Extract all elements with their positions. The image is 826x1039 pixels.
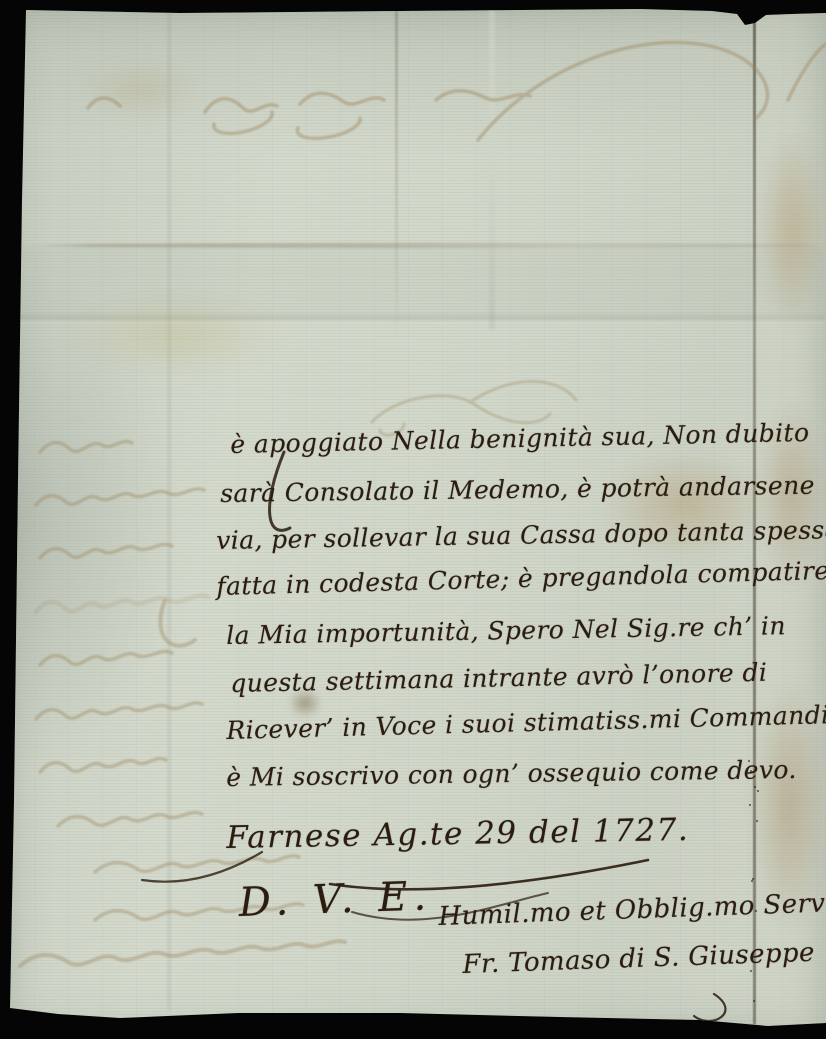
fold-crease-vertical-left (167, 10, 171, 1010)
letter-paper: è apoggiato Nella benignità sua, Non dub… (0, 0, 826, 1039)
ink-stain (758, 130, 826, 330)
letter-line-6: questa settimana intrante avrò l’onore d… (230, 658, 768, 698)
letter-line-5: la Mia importunità, Spero Nel Sig.re ch’… (226, 611, 786, 650)
dateline: Farnese Ag.te 29 del 1727. (226, 812, 689, 856)
fold-crease-horizontal-lower (10, 313, 826, 325)
letter-line-2: sarà Consolato il Medemo, è potrà andars… (220, 471, 815, 508)
letter-line-7: Ricever’ in Voce i suoi stimatiss.mi Com… (226, 700, 826, 745)
letter-line-4: fatta in codesta Corte; è pregandola com… (216, 556, 826, 601)
letter-line-8: è Mi soscrivo con ogn’ ossequio come dev… (226, 755, 797, 792)
signature-name: Fr. Tomaso di S. Giuseppe (462, 938, 815, 980)
fold-crease-vertical-right (489, 9, 495, 329)
fold-shadow-band (10, 247, 826, 317)
letter-line-1: è apoggiato Nella benignità sua, Non dub… (230, 418, 810, 459)
scan-background: è apoggiato Nella benignità sua, Non dub… (0, 0, 826, 1039)
letter-line-3: via, per sollevar la sua Cassa dopo tant… (216, 515, 826, 555)
ink-stain (60, 295, 290, 375)
signature-role: Humil.mo et Obblig.mo Servo (438, 888, 826, 932)
valediction-initials: D. V. E. (238, 873, 433, 926)
fold-crease-horizontal-upper (26, 243, 816, 248)
ink-stain (80, 60, 200, 120)
fold-crease-vertical-center (395, 10, 398, 340)
